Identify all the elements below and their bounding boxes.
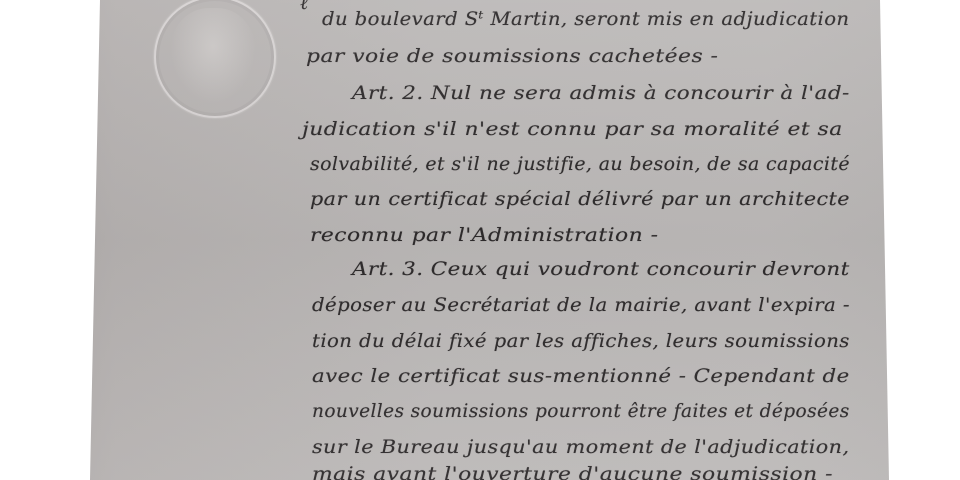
text-line-13: sur le Bureau jusqu'au moment de l'adjud… [312, 436, 849, 458]
text-line-11: avec le certificat sus-mentionné - Cepen… [312, 365, 850, 387]
text-line-6: par un certificat spécial délivré par un… [310, 188, 850, 210]
text-line-1: du boulevard Sᵗ Martin, seront mis en ad… [322, 8, 849, 30]
text-line-10: tion du délai fixé par les affiches, leu… [312, 330, 850, 352]
text-line-12: nouvelles soumissions pourront être fait… [312, 400, 850, 422]
text-line-7: reconnu par l'Administration - [310, 224, 658, 246]
text-line-4: judication s'il n'est connu par sa moral… [302, 118, 843, 140]
text-line-9: déposer au Secrétariat de la mairie, ava… [312, 294, 850, 316]
text-line-2: par voie de soumissions cachetées - [306, 45, 718, 67]
text-line-14: mais avant l'ouverture d'aucune soumissi… [312, 463, 833, 480]
text-line-5: solvabilité, et s'il ne justifie, au bes… [310, 153, 850, 175]
text-line-3-article-2: Art. 2. Nul ne sera admis à concourir à … [352, 82, 850, 104]
eagle-emblem-icon [170, 8, 256, 104]
embossed-seal-icon [154, 0, 276, 118]
handwriting-fragment-top: ℓ [300, 0, 308, 15]
text-line-8-article-3: Art. 3. Ceux qui voudront concourir devr… [352, 258, 850, 280]
manuscript-page: ℓ du boulevard Sᵗ Martin, seront mis en … [0, 0, 960, 480]
